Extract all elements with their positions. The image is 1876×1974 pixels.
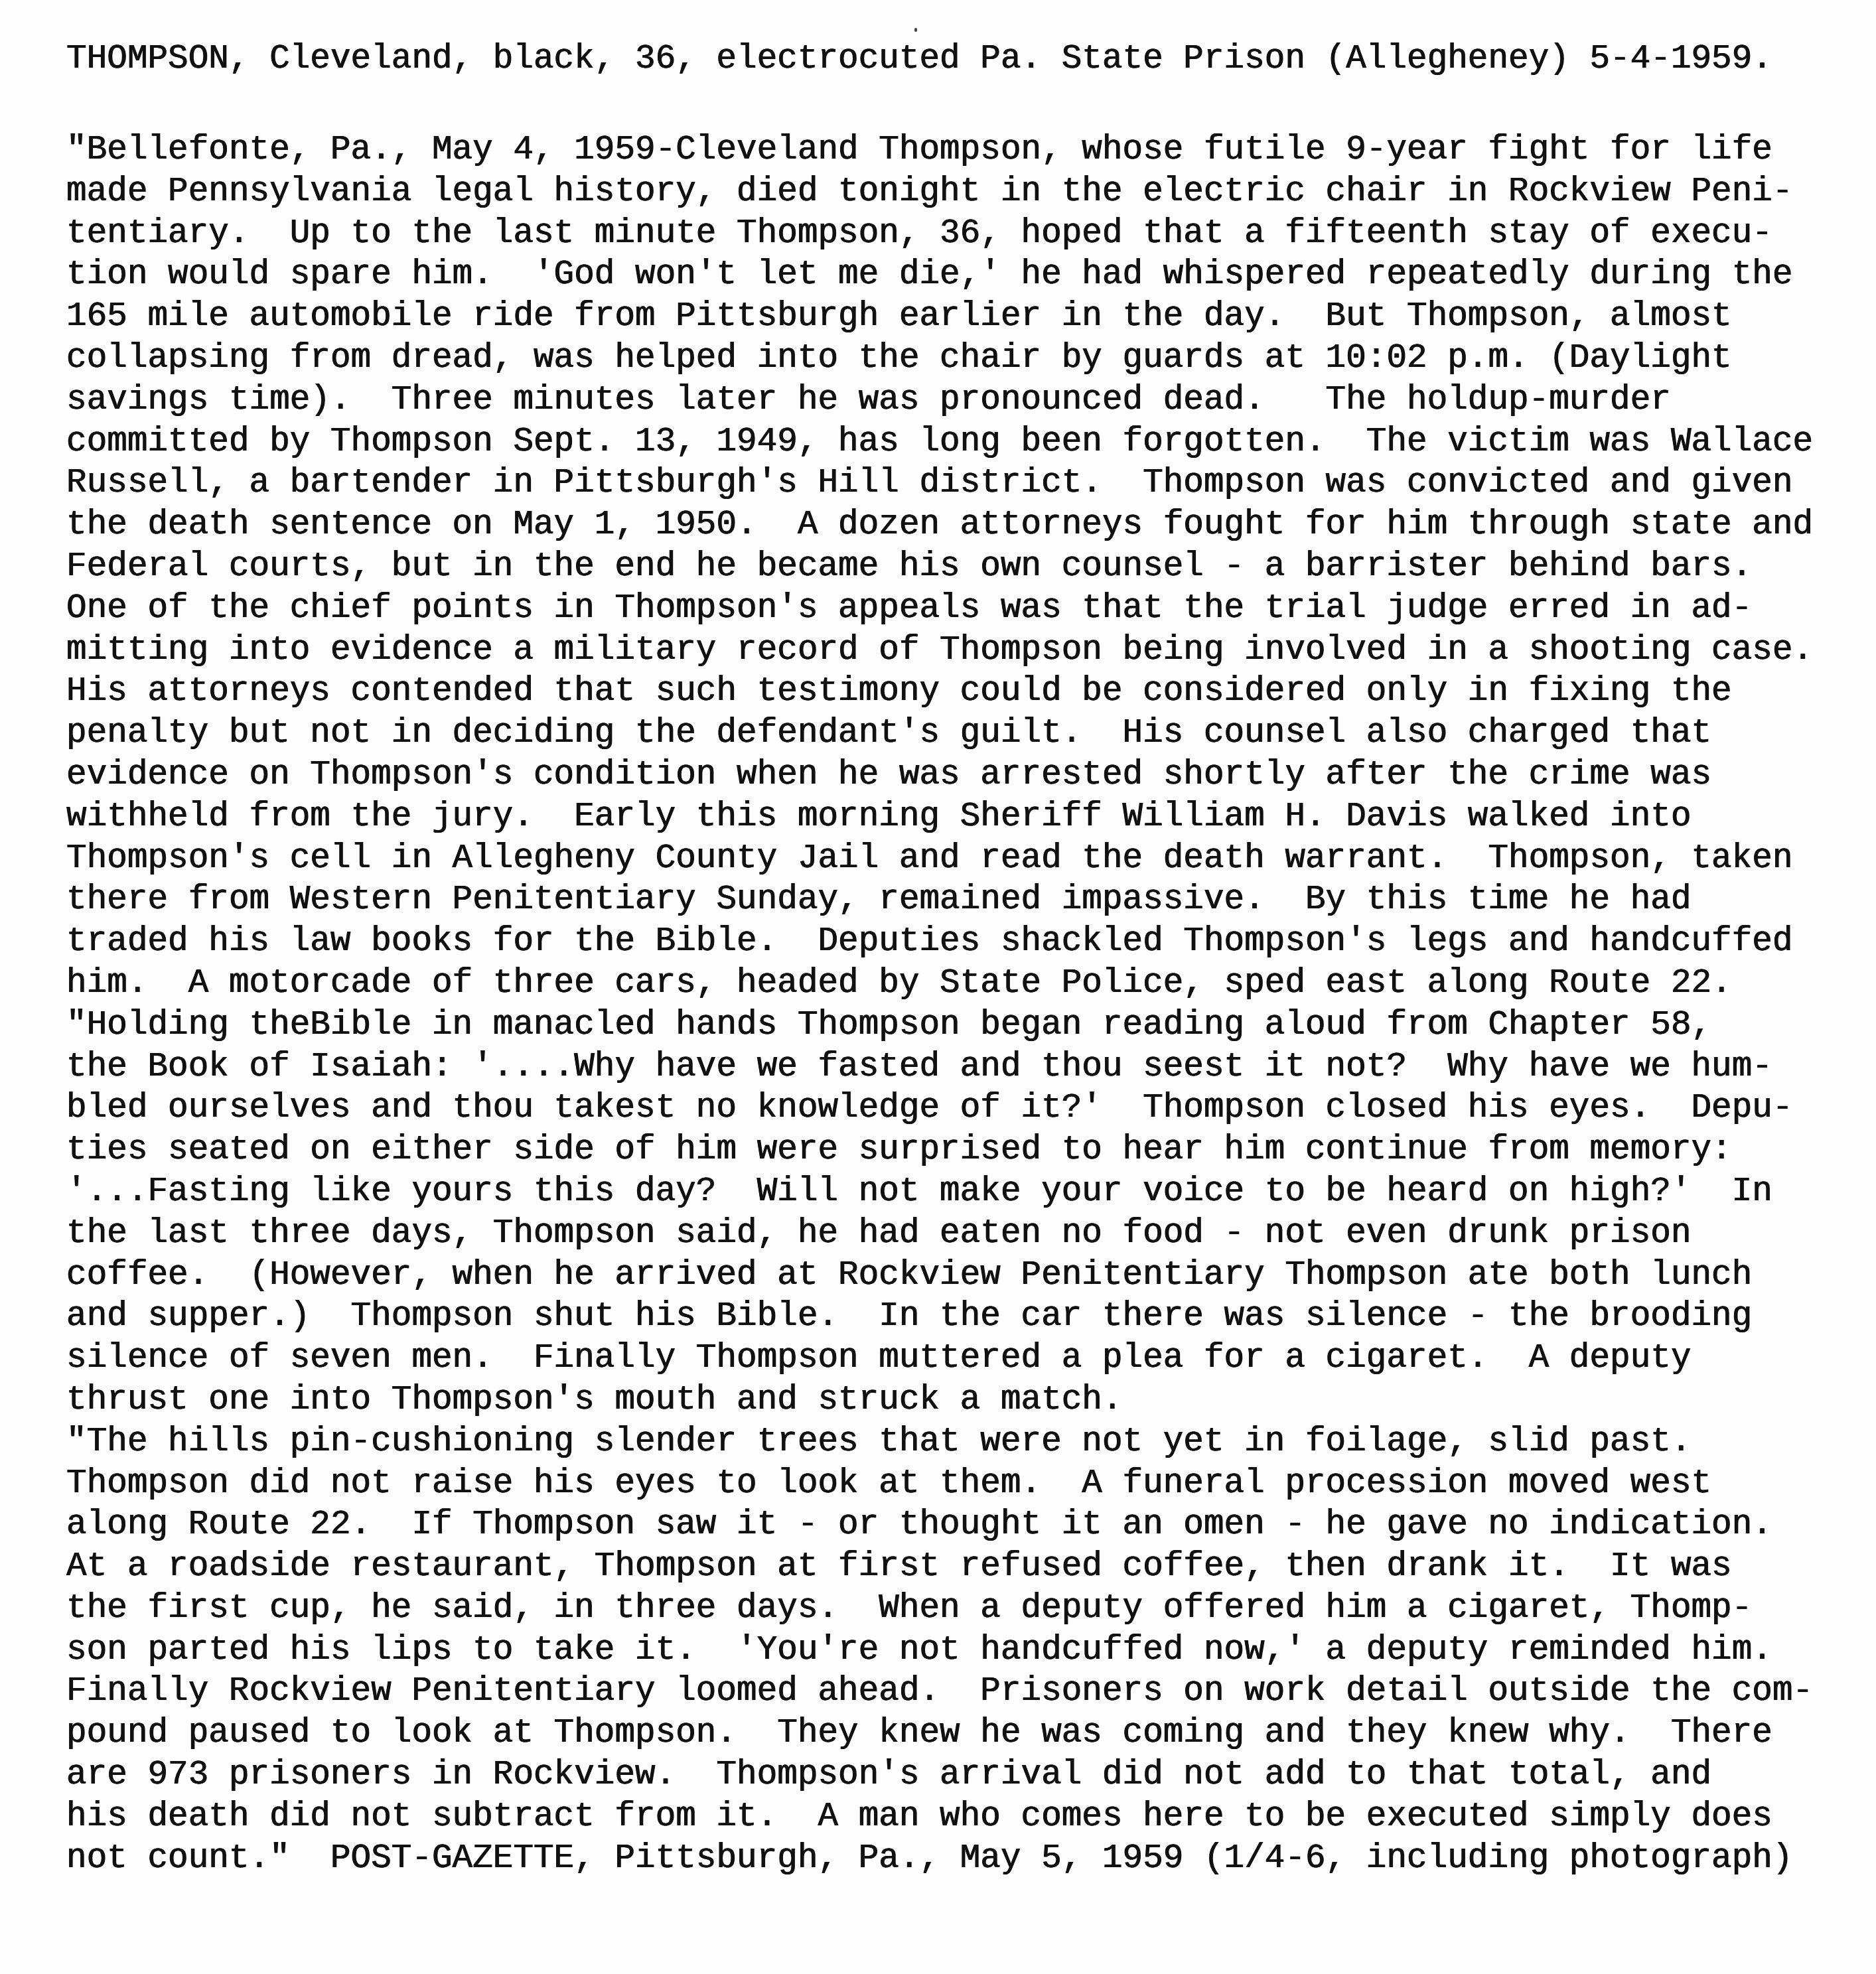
body-line: tentiary. Up to the last minute Thompson… — [66, 214, 1813, 255]
body-line: not count." POST-GAZETTE, Pittsburgh, Pa… — [66, 1839, 1813, 1880]
body-line: along Route 22. If Thompson saw it - or … — [66, 1505, 1813, 1547]
body-line: Federal courts, but in the end he became… — [66, 547, 1813, 589]
body-line: traded his law books for the Bible. Depu… — [66, 922, 1813, 963]
body-line: him. A motorcade of three cars, headed b… — [66, 963, 1813, 1005]
body-line: coffee. (However, when he arrived at Roc… — [66, 1255, 1813, 1297]
body-line: bled ourselves and thou takest no knowle… — [66, 1088, 1813, 1130]
body-line: "Holding theBible in manacled hands Thom… — [66, 1005, 1813, 1047]
body-line: mitting into evidence a military record … — [66, 630, 1813, 672]
body-line: and supper.) Thompson shut his Bible. In… — [66, 1297, 1813, 1338]
body-line: tion would spare him. 'God won't let me … — [66, 255, 1813, 297]
body-line: withheld from the jury. Early this morni… — [66, 797, 1813, 839]
body-line: savings time). Three minutes later he wa… — [66, 380, 1813, 422]
body-line: One of the chief points in Thompson's ap… — [66, 589, 1813, 630]
body-line: committed by Thompson Sept. 13, 1949, ha… — [66, 422, 1813, 464]
body-line: His attorneys contended that such testim… — [66, 671, 1813, 713]
body-line: ties seated on either side of him were s… — [66, 1130, 1813, 1172]
body-line: son parted his lips to take it. 'You're … — [66, 1630, 1813, 1672]
body-line: the first cup, he said, in three days. W… — [66, 1588, 1813, 1630]
body-line: '...Fasting like yours this day? Will no… — [66, 1172, 1813, 1214]
body-line: Finally Rockview Penitentiary loomed ahe… — [66, 1671, 1813, 1713]
body-line: penalty but not in deciding the defendan… — [66, 713, 1813, 755]
body-line: his death did not subtract from it. A ma… — [66, 1797, 1813, 1839]
article-body: "Bellefonte, Pa., May 4, 1959-Cleveland … — [66, 130, 1813, 1880]
body-line: At a roadside restaurant, Thompson at fi… — [66, 1547, 1813, 1588]
body-line: collapsing from dread, was helped into t… — [66, 338, 1813, 380]
body-line: thrust one into Thompson's mouth and str… — [66, 1380, 1813, 1422]
body-line: the Book of Isaiah: '....Why have we fas… — [66, 1047, 1813, 1089]
body-line: pound paused to look at Thompson. They k… — [66, 1713, 1813, 1755]
body-line: Thompson did not raise his eyes to look … — [66, 1464, 1813, 1506]
body-line: Thompson's cell in Allegheny County Jail… — [66, 839, 1813, 881]
body-line: 165 mile automobile ride from Pittsburgh… — [66, 297, 1813, 338]
typewritten-page: THOMPSON, Cleveland, black, 36, electroc… — [0, 0, 1876, 1974]
body-line: silence of seven men. Finally Thompson m… — [66, 1338, 1813, 1380]
body-line: "The hills pin-cushioning slender trees … — [66, 1422, 1813, 1464]
body-line: are 973 prisoners in Rockview. Thompson'… — [66, 1755, 1813, 1797]
body-line: "Bellefonte, Pa., May 4, 1959-Cleveland … — [66, 130, 1813, 172]
body-line: the death sentence on May 1, 1950. A doz… — [66, 505, 1813, 547]
body-line: the last three days, Thompson said, he h… — [66, 1214, 1813, 1255]
body-line: made Pennsylvania legal history, died to… — [66, 172, 1813, 214]
record-heading: THOMPSON, Cleveland, black, 36, electroc… — [66, 38, 1772, 80]
body-line: there from Western Penitentiary Sunday, … — [66, 880, 1813, 922]
body-line: Russell, a bartender in Pittsburgh's Hil… — [66, 463, 1813, 505]
ink-speck — [914, 28, 917, 32]
body-line: evidence on Thompson's condition when he… — [66, 755, 1813, 797]
